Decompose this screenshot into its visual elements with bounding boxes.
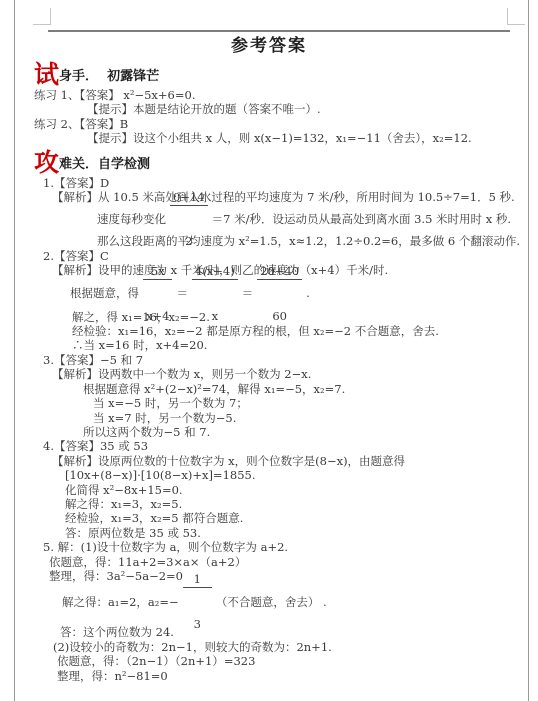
exercise1-answer-line: 练习 1、【答案】 x²−5x+6=0. (34, 88, 538, 102)
question1-fraction-line: 速度每秒变化 0+14 2 ＝7 米/秒．设运动员从最高处到离水面 3.5 米时… (97, 204, 538, 234)
question2-equation-line: 根据题意，得 5x x+4 ＝ 4(x+4) x ＝ 20+40 60 . (70, 278, 538, 310)
text-boundary-mark-top-right-vertical (507, 8, 508, 25)
question3-answer-line: 3.【答案】−5 和 7 (43, 353, 538, 367)
equals-sign: ＝ (242, 286, 254, 300)
fraction-pre-text: 速度每秒变化 (97, 212, 166, 226)
fraction-numerator: 5x (143, 265, 172, 280)
section-heading-attack: 难关．自学检测 (59, 156, 150, 174)
question4-simplify-line: 化简得 x²−8x+15=0. (65, 483, 538, 497)
section-header-attack: 攻 难关．自学检测 (34, 150, 538, 174)
question4-equation-line: [10x+(8−x)]·[10(8−x)+x]=1855. (65, 468, 538, 482)
question5-part2-setup-line: (2)设较小的奇数为：2n−1，则较大的奇数为：2n+1. (53, 640, 538, 654)
question5-part2-simplify-line: 整理，得：n²−81=0 (57, 669, 538, 683)
equals-sign: ＝ (176, 286, 188, 300)
question3-case2-line: 当 x=7 时，另一个数为−5. (93, 411, 538, 425)
exercise2-answer-line: 练习 2、【答案】B (34, 117, 538, 131)
question3-case1-line: 当 x=−5 时，另一个数为 7； (93, 396, 538, 410)
question2-conclusion-line: ∴当 x=16 时，x+4=20. (72, 338, 538, 352)
fraction-numerator: 0+14 (170, 191, 208, 206)
question3-equation-line: 根据题意得 x²+(2−x)²=74，解得 x₁=−5，x₂=7. (83, 382, 538, 396)
question2-check-line: 经检验：x₁=16，x₂=−2 都是原方程的根，但 x₂=−2 不合题意，舍去. (72, 324, 538, 338)
exercise1-hint-line: 【提示】本题是结论开放的题（答案不唯一）. (87, 102, 538, 116)
question5-part2-equation-line: 依题意，得：（2n−1）（2n+1）=323 (57, 654, 538, 668)
page-title: 参考答案 (0, 34, 538, 58)
fraction-numerator: 1 (183, 573, 212, 588)
header-margin-rule (48, 30, 510, 32)
question3-analysis-line: 【解析】设两数中一个数为 x，则另一个数为 2−x. (52, 367, 538, 381)
question2-solve-line: 解之，得 x₁=16，x₂=−2. (72, 310, 538, 324)
fraction-pre-text: 根据题意，得 (70, 286, 139, 300)
question4-analysis-line: 【解析】设原两位数的十位数字为 x，则个位数字是(8−x)，由题意得 (52, 454, 538, 468)
document-page: 参考答案 试 身手． 初露锋芒 练习 1、【答案】 x²−5x+6=0. 【提示… (0, 0, 538, 701)
fraction-pre-text: 解之得：a₁=2，a₂=− (62, 595, 179, 609)
fraction-post-text: ＝7 米/秒．设运动员从最高处到离水面 3.5 米时用时 x 秒. (212, 212, 511, 226)
document-content: 参考答案 试 身手． 初露锋芒 练习 1、【答案】 x²−5x+6=0. 【提示… (0, 34, 538, 683)
question3-conclusion-line: 所以这两个数为−5 和 7. (83, 425, 538, 439)
section-red-char-attack: 攻 (34, 152, 59, 174)
question5-part1-setup-line: 5. 解：(1)设十位数字为 a，则个位数字为 a+2. (43, 540, 538, 554)
section-heading-try: 身手． 初露锋芒 (59, 68, 159, 86)
fraction-numerator: 4(x+4) (192, 265, 238, 280)
fraction-denominator: 60 (257, 309, 302, 323)
exercise2-hint-line: 【提示】设这个小组共 x 人，则 x(x−1)=132，x₁=−11（舍去），x… (87, 131, 538, 145)
question4-solve-line: 解之得：x₁=3，x₂=5. (65, 497, 538, 511)
fraction-post-text: . (306, 286, 310, 300)
question4-answer-statement-line: 答：原两位数是 35 或 53. (65, 526, 538, 540)
fraction-post-text: （不合题意，舍去） . (216, 595, 327, 609)
fraction-numerator: 20+40 (257, 265, 302, 280)
question4-answer-line: 4.【答案】35 或 53 (43, 439, 538, 453)
question5-part1-answer-line: 答：这个两位数为 24. (60, 625, 538, 639)
question4-check-line: 经检验，x₁=3，x₂=5 都符合题意. (65, 511, 538, 525)
text-boundary-mark-top-left-vertical (50, 8, 51, 25)
question5-part1-solve-line: 解之得：a₁=2，a₂=− 1 3 （不合题意，舍去） . (62, 585, 538, 619)
text-boundary-mark-top-right-horizontal (508, 24, 525, 25)
question5-part1-equation-line: 依题意，得：11a+2=3×a×（a+2） (49, 555, 538, 569)
question5-part1-simplify-line: 整理，得：3a²−5a−2=0 (49, 569, 538, 583)
question1-analysis-line: 【解析】从 10.5 米高处到入水过程的平均速度为 7 米/秒，所用时间为 10… (52, 190, 538, 204)
section-red-char-try: 试 (34, 64, 59, 86)
text-boundary-mark-top-left-horizontal (33, 24, 50, 25)
fraction-denominator: 3 (183, 617, 212, 631)
question1-answer-line: 1.【答案】D (43, 176, 538, 190)
section-header-try: 试 身手． 初露锋芒 (34, 62, 538, 86)
